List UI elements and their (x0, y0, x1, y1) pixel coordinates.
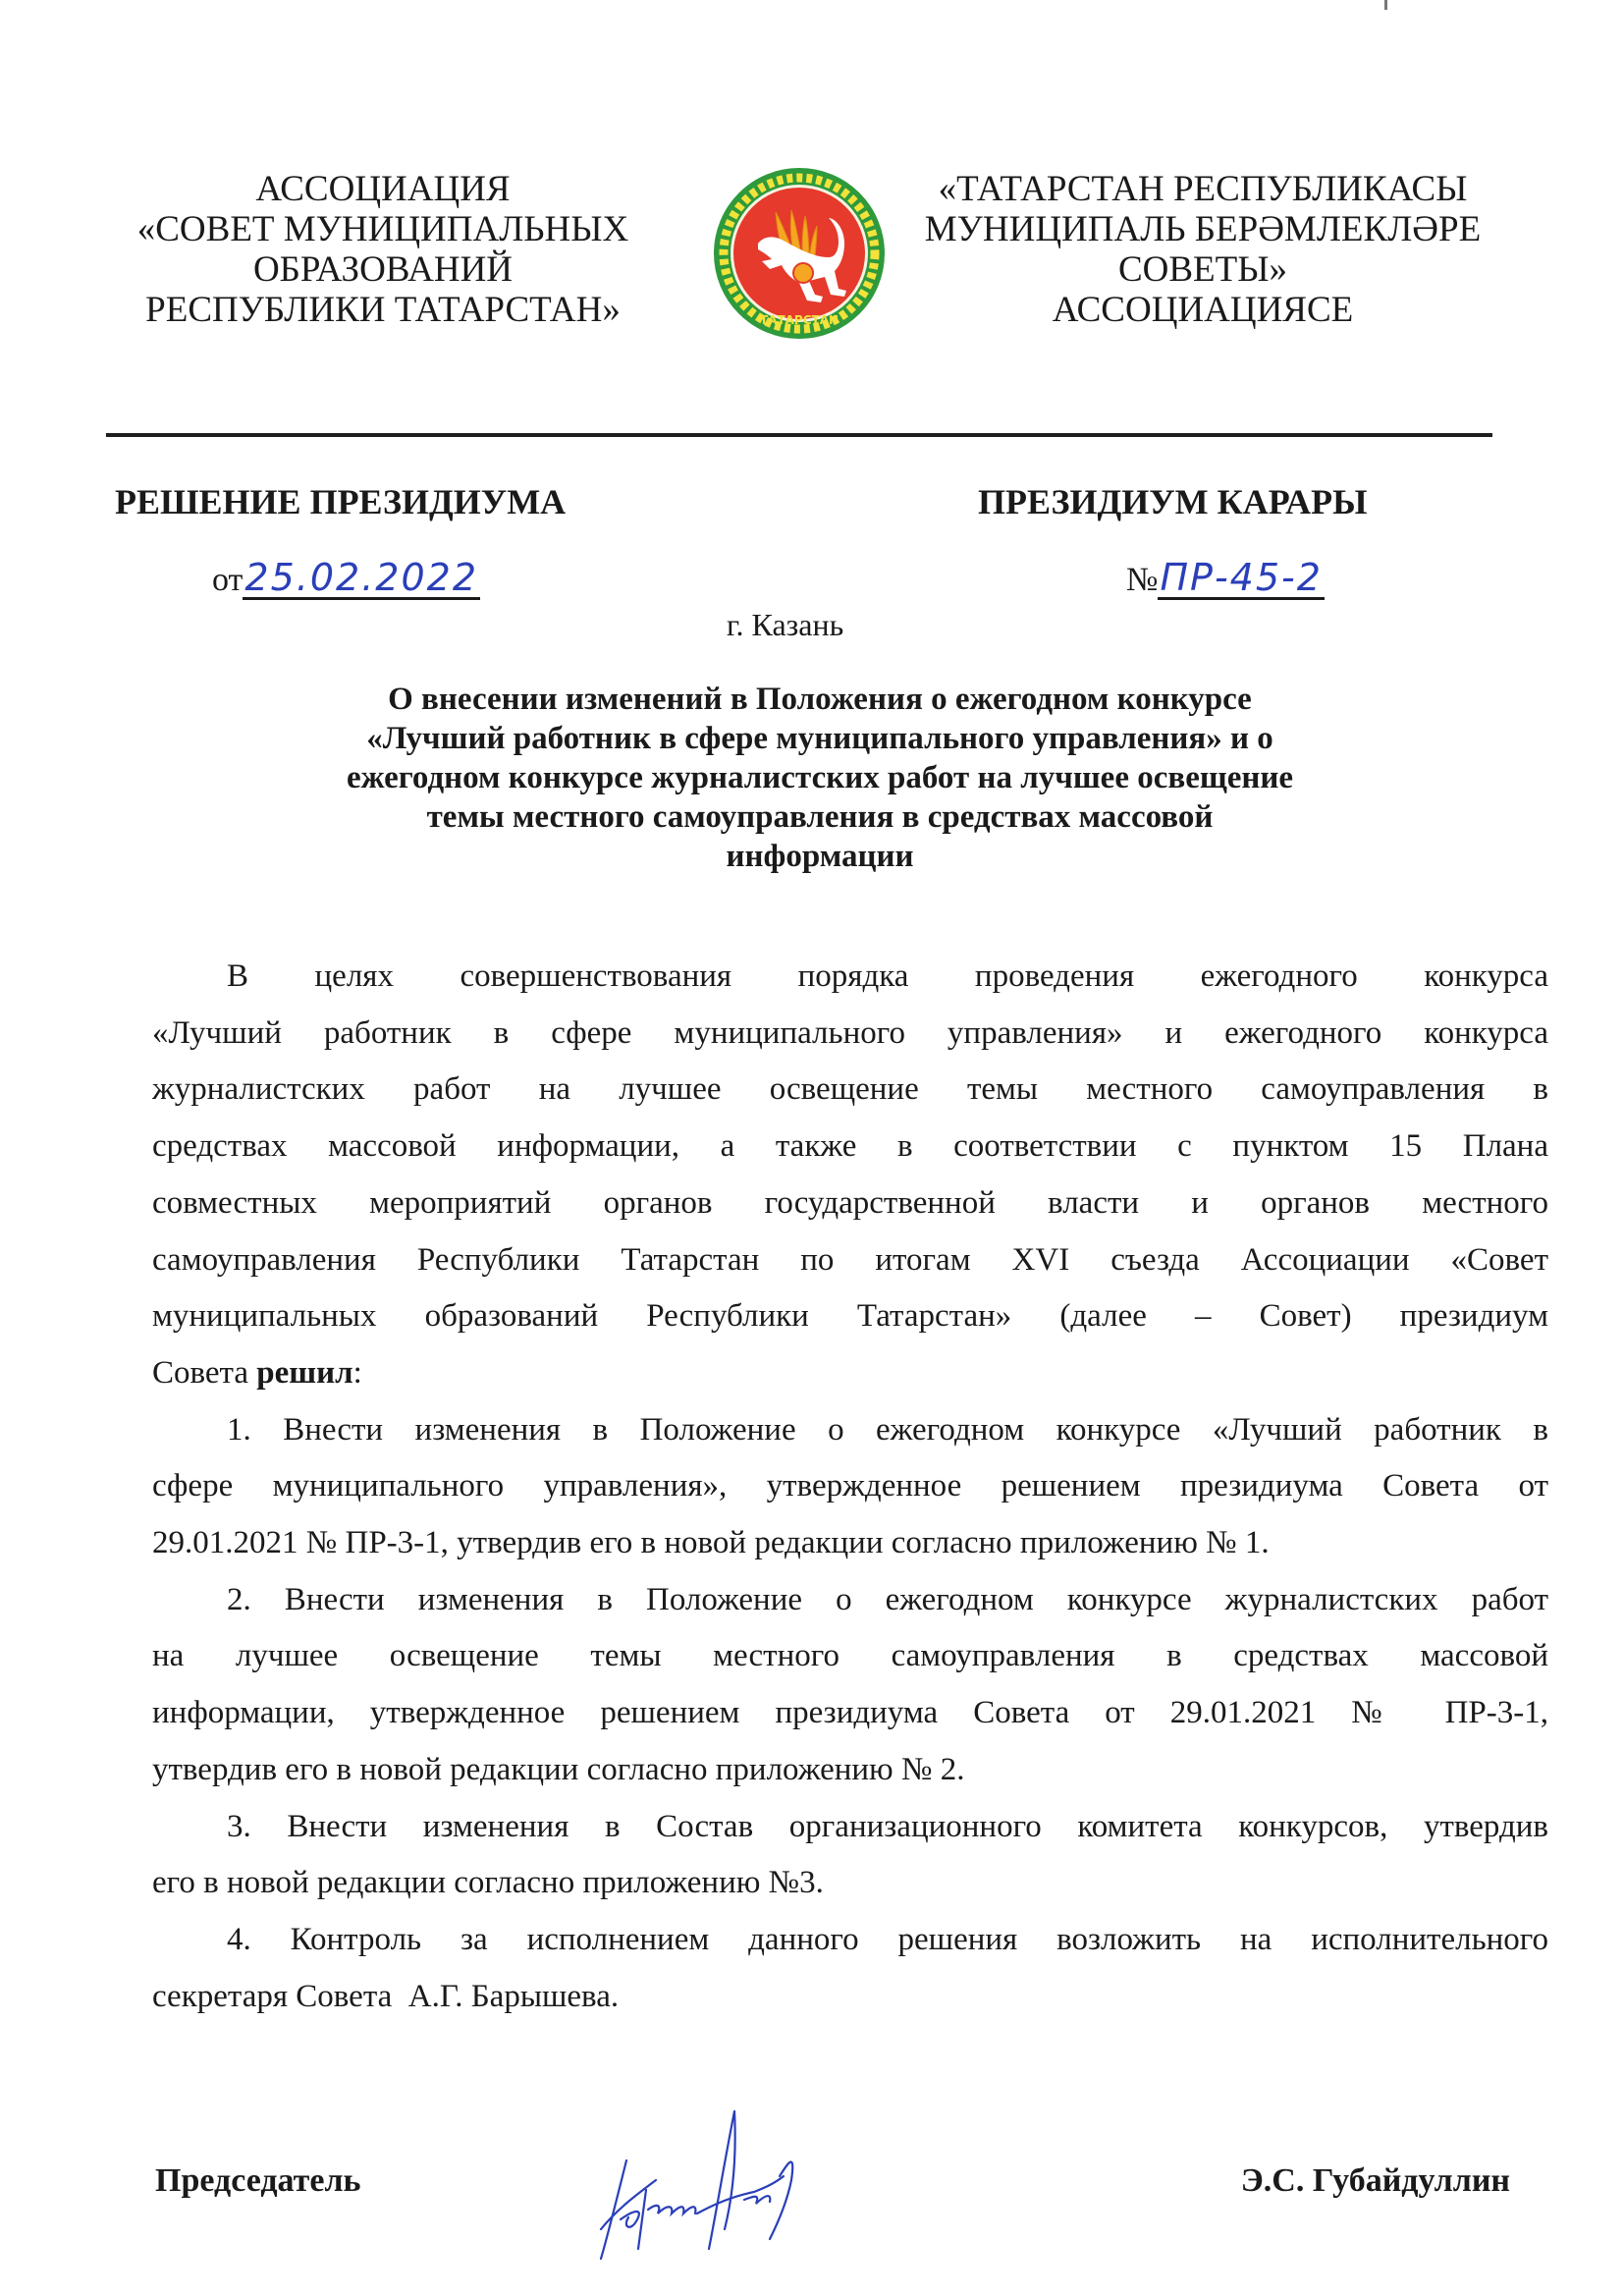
org-name-russian: АССОЦИАЦИЯ «СОВЕТ МУНИЦИПАЛЬНЫХ ОБРАЗОВА… (118, 169, 648, 330)
resolution-item-2: 2. Внести изменения в Положение о ежегод… (152, 1572, 1548, 1799)
resolution-item-4: 4. Контроль за исполнением данного решен… (152, 1912, 1548, 2025)
document-title: О внесении изменений в Положения о ежего… (255, 680, 1384, 876)
tatarstan-coat-of-arms-icon: ТАТАРСТАН (713, 167, 886, 340)
org-line: ОБРАЗОВАНИЙ (118, 249, 648, 290)
decision-heading-tt: ПРЕЗИДИУМ КАРАРЫ (978, 481, 1367, 522)
org-name-tatar: «ТАТАРСТАН РЕСПУБЛИКАСЫ МУНИЦИПАЛЬ БЕРӘМ… (898, 169, 1507, 330)
signature-block: Председатель Э.С. Губайдуллин (155, 2151, 1510, 2278)
body-line: журналистских работ на лучшее освещение … (152, 1062, 1548, 1119)
body-line: 2. Внести изменения в Положение о ежегод… (152, 1572, 1548, 1629)
decision-number: №ПР-45-2 (1126, 558, 1325, 600)
org-line: «СОВЕТ МУНИЦИПАЛЬНЫХ (118, 209, 648, 249)
body-line: 3. Внести изменения в Состав организацио… (152, 1799, 1548, 1856)
decision-date: от25.02.2022 (212, 558, 480, 600)
title-line: ежегодном конкурсе журналистских работ н… (255, 758, 1384, 797)
body-line: муниципальных образований Республики Тат… (152, 1288, 1548, 1345)
scan-mark (1384, 0, 1387, 10)
city: г. Казань (727, 607, 843, 643)
body-line: «Лучший работник в сфере муниципального … (152, 1006, 1548, 1063)
title-line: О внесении изменений в Положения о ежего… (255, 680, 1384, 719)
signatory-position: Председатель (155, 2162, 361, 2200)
emblem-ribbon-text: ТАТАРСТАН (760, 313, 839, 327)
handwritten-number: ПР-45-2 (1158, 558, 1324, 600)
body-line: секретаря Совета А.Г. Барышева. (152, 1969, 1548, 2026)
header-divider (106, 433, 1492, 437)
preamble-paragraph: В целях совершенствования порядка провед… (152, 949, 1548, 1402)
preamble-tail: Совета (152, 1355, 256, 1391)
org-line: «ТАТАРСТАН РЕСПУБЛИКАСЫ (898, 169, 1507, 209)
body-line: сфере муниципального управления», утверж… (152, 1458, 1548, 1515)
body-line: 1. Внести изменения в Положение о ежегод… (152, 1402, 1548, 1459)
preamble-colon: : (353, 1355, 362, 1391)
body-line: совместных мероприятий органов государст… (152, 1175, 1548, 1232)
resolution-keyword: решил (256, 1355, 352, 1391)
body-line: средствах массовой информации, а также в… (152, 1119, 1548, 1175)
body-line: 29.01.2021 № ПР-3-1, утвердив его в ново… (152, 1515, 1548, 1572)
title-line: темы местного самоуправления в средствах… (255, 797, 1384, 837)
body-line: В целях совершенствования порядка провед… (152, 949, 1548, 1006)
title-line: «Лучший работник в сфере муниципального … (255, 719, 1384, 758)
body-line: 4. Контроль за исполнением данного решен… (152, 1912, 1548, 1969)
org-line: АССОЦИАЦИЯ (118, 169, 648, 209)
resolution-item-3: 3. Внести изменения в Состав организацио… (152, 1799, 1548, 1912)
handwritten-date: 25.02.2022 (243, 558, 480, 600)
handwritten-signature-icon (587, 2102, 833, 2269)
body-line: самоуправления Республики Татарстан по и… (152, 1232, 1548, 1289)
org-line: АССОЦИАЦИЯСЕ (898, 290, 1507, 330)
body-line: на лучшее освещение темы местного самоуп… (152, 1628, 1548, 1685)
org-line: РЕСПУБЛИКИ ТАТАРСТАН» (118, 290, 648, 330)
date-prefix: от (212, 562, 243, 598)
resolution-item-1: 1. Внести изменения в Положение о ежегод… (152, 1402, 1548, 1572)
decision-heading-ru: РЕШЕНИЕ ПРЕЗИДИУМА (115, 481, 566, 522)
body-line: утвердив его в новой редакции согласно п… (152, 1742, 1548, 1799)
title-line: информации (255, 837, 1384, 876)
document-body: В целях совершенствования порядка провед… (152, 949, 1548, 2025)
org-line: МУНИЦИПАЛЬ БЕРӘМЛЕКЛӘРЕ (898, 209, 1507, 249)
body-line: Совета решил: (152, 1345, 1548, 1402)
org-line: СОВЕТЫ» (898, 249, 1507, 290)
signatory-name: Э.С. Губайдуллин (1241, 2162, 1510, 2200)
body-line: его в новой редакции согласно приложению… (152, 1855, 1548, 1912)
number-prefix: № (1126, 562, 1158, 598)
body-line: информации, утвержденное решением презид… (152, 1685, 1548, 1742)
